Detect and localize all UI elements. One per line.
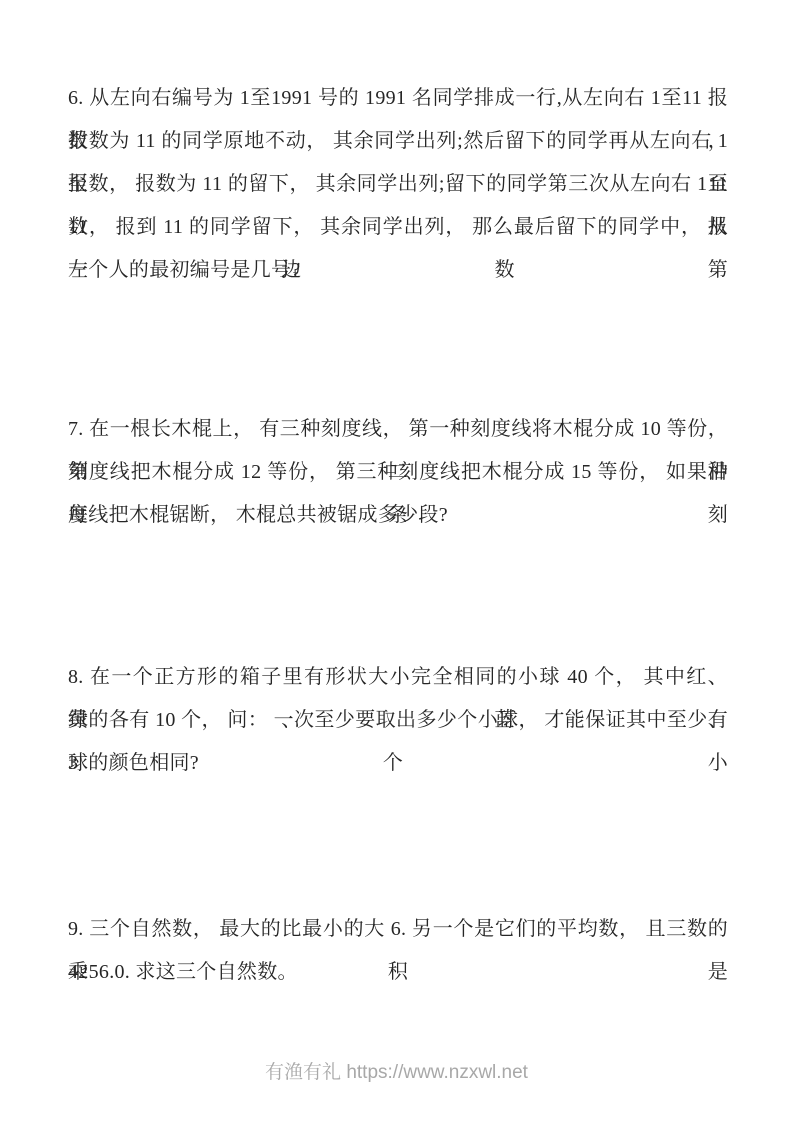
- problem-7-line: 刻度线把木棍分成 12 等份， 第三种刻度线把木棍分成 15 等份， 如果沿每条…: [68, 451, 728, 494]
- problem-7-line: 7. 在一根长木棍上， 有三种刻度线， 第一种刻度线将木棍分成 10 等份， 第…: [68, 408, 728, 451]
- problem-6: 6. 从左向右编号为 1至1991 号的 1991 名同学排成一行,从左向右 1…: [68, 77, 728, 292]
- problem-8: 8. 在一个正方形的箱子里有形状大小完全相同的小球 40 个， 其中红、黄、蓝、…: [68, 656, 728, 785]
- problem-6-line: 6. 从左向右编号为 1至1991 号的 1991 名同学排成一行,从左向右 1…: [68, 77, 728, 120]
- document-page: 6. 从左向右编号为 1至1991 号的 1991 名同学排成一行,从左向右 1…: [0, 0, 793, 1122]
- problem-7: 7. 在一根长木棍上， 有三种刻度线， 第一种刻度线将木棍分成 10 等份， 第…: [68, 408, 728, 537]
- problem-6-line: 报数为 11 的同学原地不动， 其余同学出列;然后留下的同学再从左向右 1至11: [68, 120, 728, 163]
- problem-6-line: 报数， 报数为 11 的留下， 其余同学出列;留下的同学第三次从左向右 1至11…: [68, 163, 728, 206]
- problem-6-line: 数， 报到 11 的同学留下， 其余同学出列， 那么最后留下的同学中， 从左边数…: [68, 206, 728, 249]
- document-body: 6. 从左向右编号为 1至1991 号的 1991 名同学排成一行,从左向右 1…: [68, 77, 728, 994]
- problem-8-line: 绿的各有 10 个， 问： 一次至少要取出多少个小球， 才能保证其中至少有 3个…: [68, 699, 728, 742]
- problem-9-line: 9. 三个自然数， 最大的比最小的大 6. 另一个是它们的平均数， 且三数的乘积…: [68, 908, 728, 951]
- problem-9: 9. 三个自然数， 最大的比最小的大 6. 另一个是它们的平均数， 且三数的乘积…: [68, 908, 728, 994]
- problem-8-line: 8. 在一个正方形的箱子里有形状大小完全相同的小球 40 个， 其中红、黄、蓝、: [68, 656, 728, 699]
- footer-watermark-link[interactable]: 有渔有礼 https://www.nzxwl.net: [0, 1058, 793, 1088]
